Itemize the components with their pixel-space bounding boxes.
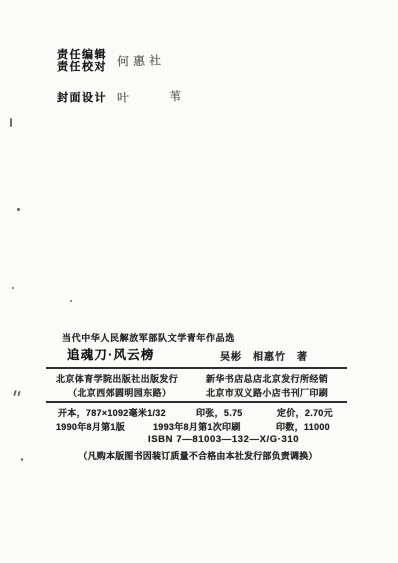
printer-line: 北京市双义路小店书刊厂印刷 [206,386,328,399]
proofreader-label: 责任校对 [57,58,107,74]
scanned-colophon-page: 责任编辑 责任校对 何惠社 封面设计 叶 苇 当代中华人民解放军部队文学青年作品… [0,0,398,563]
cover-designer-name: 叶 苇 [117,87,195,106]
editor-proofreader-name: 何惠社 [117,51,165,69]
book-title: 追魂刀·风云榜 [67,345,155,363]
authors: 吴彬 相惠竹 著 [220,348,308,363]
scan-artifact [17,391,20,396]
isbn-line: ISBN 7—81003—132—X/G·310 [148,434,299,445]
scan-artifact [12,287,14,289]
price-spec: 定价，2.70元 [277,406,333,419]
scan-artifact [21,458,23,461]
publisher-line: 北京体育学院出版社出版发行 [56,372,178,385]
divider-rule-bottom [46,401,347,403]
impression-spec: 1993年8月第1次印刷 [153,420,241,433]
sheets-spec: 印张，5.75 [196,406,243,419]
edition-spec: 1990年8月第1版 [56,420,125,433]
scan-artifact [13,390,17,396]
publisher-address: （北京西郊圆明园东路） [68,386,171,399]
series-title: 当代中华人民解放军部队文学青年作品选 [62,331,235,344]
cover-design-label: 封面设计 [57,89,107,105]
scan-artifact [70,300,72,302]
distributor-line: 新华书店总店北京发行所经销 [206,372,328,385]
print-run-spec: 印数，11000 [276,420,330,433]
format-spec: 开本，787×1092毫米1/32 [58,406,166,419]
divider-rule-top [46,367,347,369]
scan-artifact [17,208,20,211]
scan-artifact [10,118,12,127]
exchange-notice: （凡购本版图书因装订质量不合格由本社发行部负责调换） [48,449,348,462]
